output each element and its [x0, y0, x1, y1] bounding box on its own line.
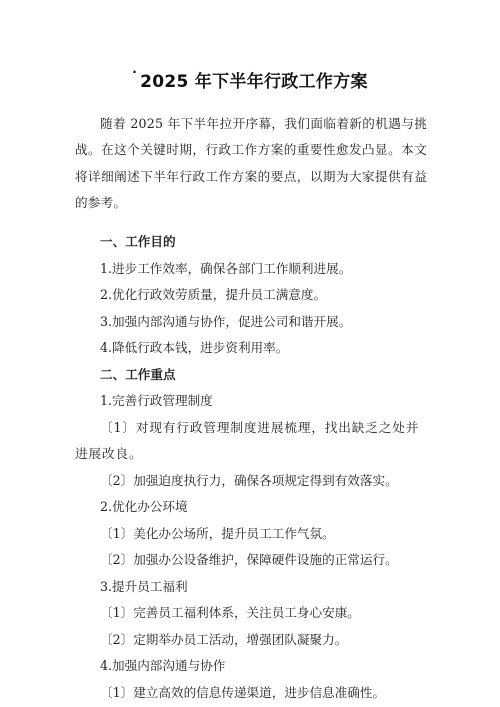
document-title: ·2025 年下半年行政工作方案 — [0, 67, 500, 92]
title-text: 2025 年下半年行政工作方案 — [140, 72, 368, 92]
goal-item: 2.优化行政效劳质量，提升员工满意度。 — [75, 282, 427, 309]
focus-point: 〔1〕对现有行政管理制度进展梳理，找出缺乏之处并进展改良。 — [75, 415, 427, 468]
focus-point: 〔2〕加强迫度执行力，确保各项规定得到有效落实。 — [75, 468, 427, 495]
section-heading-focus: 二、工作重点 — [75, 362, 427, 389]
focus-group-title: 2.优化办公环境 — [75, 494, 427, 521]
focus-point: 〔1〕建立高效的信息传递渠道，进步信息准确性。 — [75, 680, 427, 707]
title-marker: · — [132, 65, 137, 79]
section-heading-goals: 一、工作目的 — [75, 229, 427, 256]
document-body: 随着 2025 年下半年拉开序幕，我们面临着新的机遇与挑战。在这个关键时期，行政… — [75, 98, 427, 706]
goal-item: 4.降低行政本钱，进步资利用率。 — [75, 335, 427, 362]
focus-group-title: 4.加强内部沟通与协作 — [75, 653, 427, 680]
intro-paragraph: 随着 2025 年下半年拉开序幕，我们面临着新的机遇与挑战。在这个关键时期，行政… — [75, 111, 427, 217]
goal-item: 1.进步工作效率，确保各部门工作顺利进展。 — [75, 256, 427, 283]
focus-point: 〔1〕美化办公场所，提升员工工作气氛。 — [75, 521, 427, 548]
goal-item: 3.加强内部沟通与协作，促进公司和谐开展。 — [75, 309, 427, 336]
focus-group-title: 1.完善行政管理制度 — [75, 388, 427, 415]
focus-point: 〔2〕加强办公设备维护，保障硬件设施的正常运行。 — [75, 547, 427, 574]
focus-point: 〔1〕完善员工福利体系，关注员工身心安康。 — [75, 600, 427, 627]
focus-point: 〔2〕定期举办员工活动，增强团队凝聚力。 — [75, 627, 427, 654]
focus-group-title: 3.提升员工福利 — [75, 574, 427, 601]
document-page: ·2025 年下半年行政工作方案 随着 2025 年下半年拉开序幕，我们面临着新… — [0, 0, 500, 707]
